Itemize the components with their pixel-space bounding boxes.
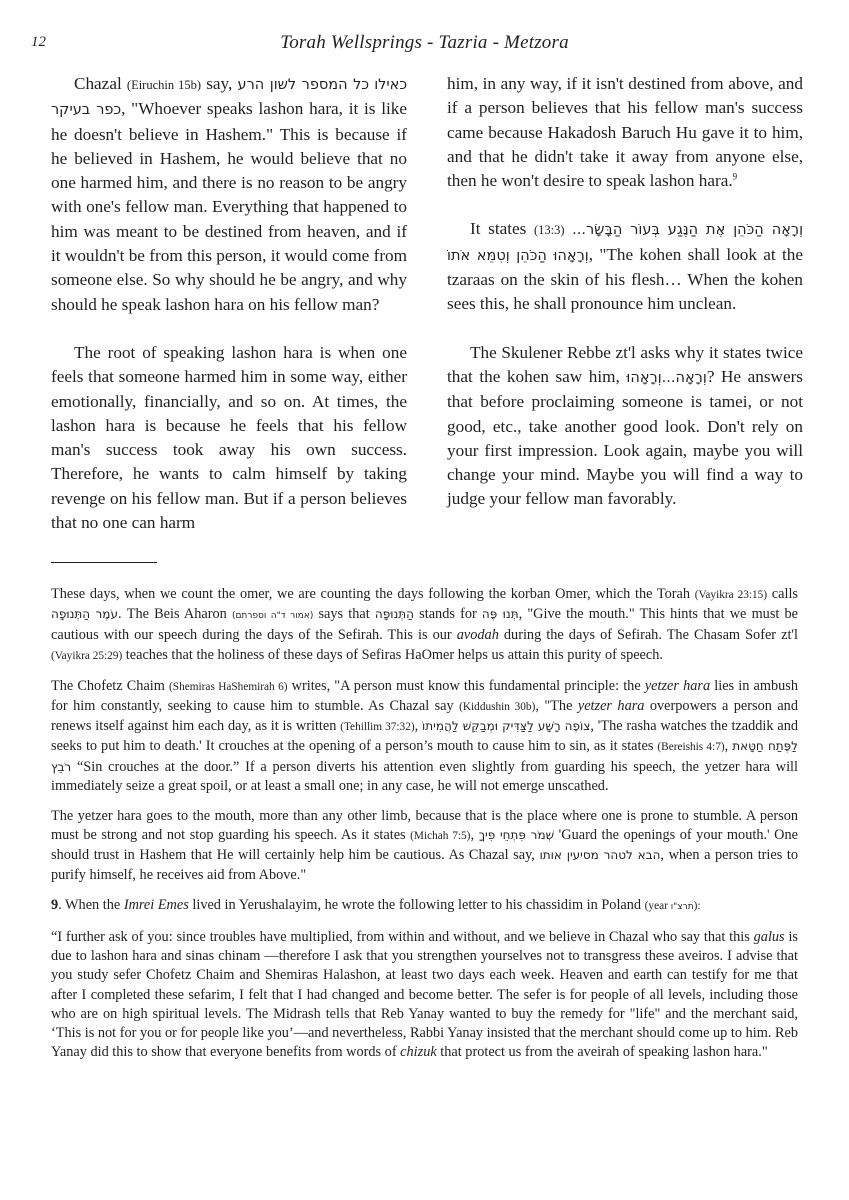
hebrew-quote: הַתְּנוּפָה [375, 607, 414, 621]
hebrew-quote: וְרָאָה...וְרָאָהוּ [626, 370, 706, 386]
source-reference: (Bereishis 4:7) [657, 741, 724, 753]
source-reference: (Shemiras HaShemirah 6) [169, 681, 287, 693]
source-reference: (Tehillim 37:32) [340, 721, 414, 733]
footnote-yetzer-hara-mouth: The yetzer hara goes to the mouth, more … [51, 807, 798, 885]
source-reference: (אמור ד"ה וספרתם) [232, 611, 313, 621]
hebrew-quote: עֹמֶר הַתְּנוּפָה [51, 607, 118, 621]
hebrew-quote: תְּנוּ פֶּה [482, 607, 519, 621]
footnote-marker[interactable]: 9 [733, 171, 738, 181]
paragraph-chazal: Chazal (Eiruchin 15b) say, כל המספר לשון… [51, 72, 407, 317]
paragraph-skulener-rebbe: The Skulener Rebbe zt'l asks why it stat… [447, 341, 803, 512]
source-reference: (13:3) [534, 223, 565, 237]
hebrew-quote: שְׁמֹר פִּתְחֵי פִיךָ [479, 828, 555, 842]
hebrew-quote: צוֹפֶה רָשָׁע לַצַּדִּיק וּמְבַקֵּשׁ לַה… [422, 719, 590, 733]
footnote-9-letter: “I further ask of you: since troubles ha… [51, 928, 798, 1062]
source-reference: (Vayikra 25:29) [51, 650, 122, 662]
paragraph-root-of-lashon-hara: The root of speaking lashon hara is when… [51, 341, 407, 535]
main-body: Chazal (Eiruchin 15b) say, כל המספר לשון… [51, 72, 803, 559]
paragraph-continuation: him, in any way, if it isn't destined fr… [447, 72, 803, 193]
running-title: Torah Wellsprings - Tazria - Metzora [0, 32, 849, 54]
hebrew-year: תרצ"ו [671, 902, 694, 912]
source-reference: (Michah 7:5) [410, 830, 470, 842]
right-column: him, in any way, if it isn't destined fr… [447, 72, 803, 559]
footnote-separator [51, 562, 157, 563]
hebrew-quote: הבא לטהר מסיעין אותו [539, 848, 660, 862]
hebrew-quote: כל המספר לשון הרע [238, 77, 370, 93]
source-reference: (Eiruchin 15b) [127, 78, 201, 92]
source-reference: (Kiddushin 30b) [459, 701, 535, 713]
paragraph-it-states: It states (13:3) וְרָאָה הַכֹּהֵן אֶת הַ… [447, 217, 803, 316]
left-column: Chazal (Eiruchin 15b) say, כל המספר לשון… [51, 72, 407, 559]
footnotes-section: These days, when we count the omer, we a… [51, 585, 798, 1073]
footnote-chofetz-chaim: The Chofetz Chaim (Shemiras HaShemirah 6… [51, 677, 798, 796]
footnote-9: 9. When the Imrei Emes lived in Yerushal… [51, 896, 798, 917]
source-reference: (Vayikra 23:15) [695, 589, 767, 601]
footnote-omer: These days, when we count the omer, we a… [51, 585, 798, 666]
